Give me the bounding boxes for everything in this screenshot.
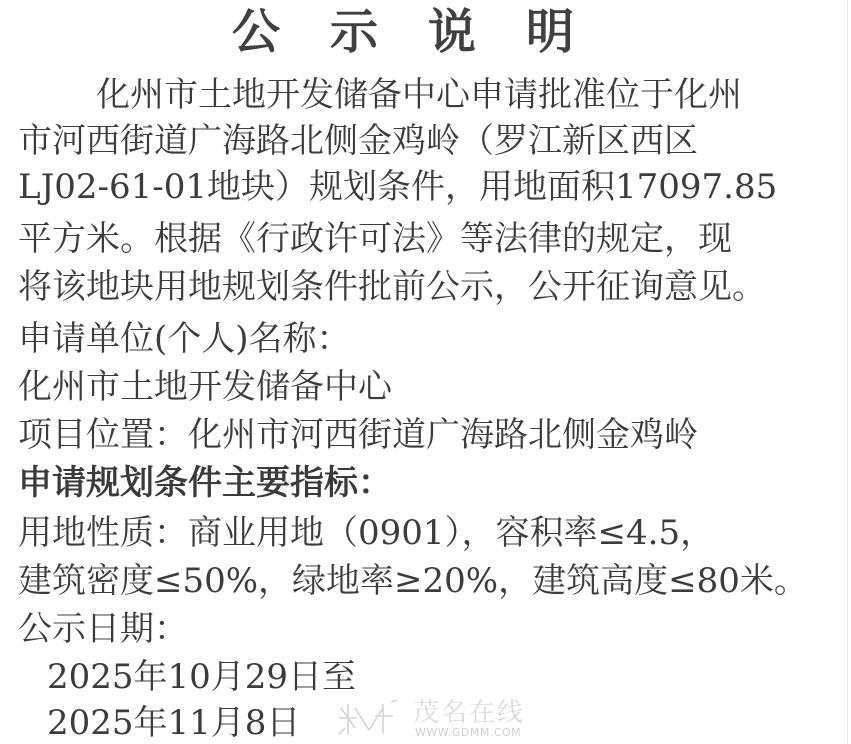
watermark: 茂名在线 WWW.GDMM.COM [335,698,535,742]
paragraph-line-4: 平方米。根据《行政许可法》等法律的规定，现 [18,216,732,262]
applicant-name: 化州市土地开发储备中心 [18,364,392,410]
paragraph-line-1: 化州市土地开发储备中心申请批准位于化州 [96,72,742,118]
watermark-url: WWW.GDMM.COM [415,726,521,740]
publicity-date-label: 公示日期： [18,606,188,652]
indicators-heading: 申请规划条件主要指标： [18,460,392,506]
indicator-line-1: 用地性质：商业用地（0901），容积率≤4.5， [18,510,714,556]
date-start: 2025年10月29日至 [47,654,356,700]
watermark-name: 茂名在线 [413,698,525,728]
indicator-line-2: 建筑密度≤50%，绿地率≥20%，建筑高度≤80米。 [18,558,808,604]
gdmm-logo-icon [335,698,405,738]
page-edge-divider [847,0,848,744]
applicant-label: 申请单位(个人)名称： [18,316,351,362]
notice-title: 公示说明 [232,2,592,62]
notice-page: 公示说明 化州市土地开发储备中心申请批准位于化州 市河西街道广海路北侧金鸡岭（罗… [0,0,851,744]
project-location: 项目位置：化州市河西街道广海路北侧金鸡岭 [18,412,698,458]
paragraph-line-5: 将该地块用地规划条件批前公示，公开征询意见。 [18,264,766,310]
date-end: 2025年11月8日 [47,700,300,744]
paragraph-line-3: LJ02-61-01地块）规划条件，用地面积17097.85 [18,164,777,210]
paragraph-line-2: 市河西街道广海路北侧金鸡岭（罗江新区西区 [18,118,698,164]
